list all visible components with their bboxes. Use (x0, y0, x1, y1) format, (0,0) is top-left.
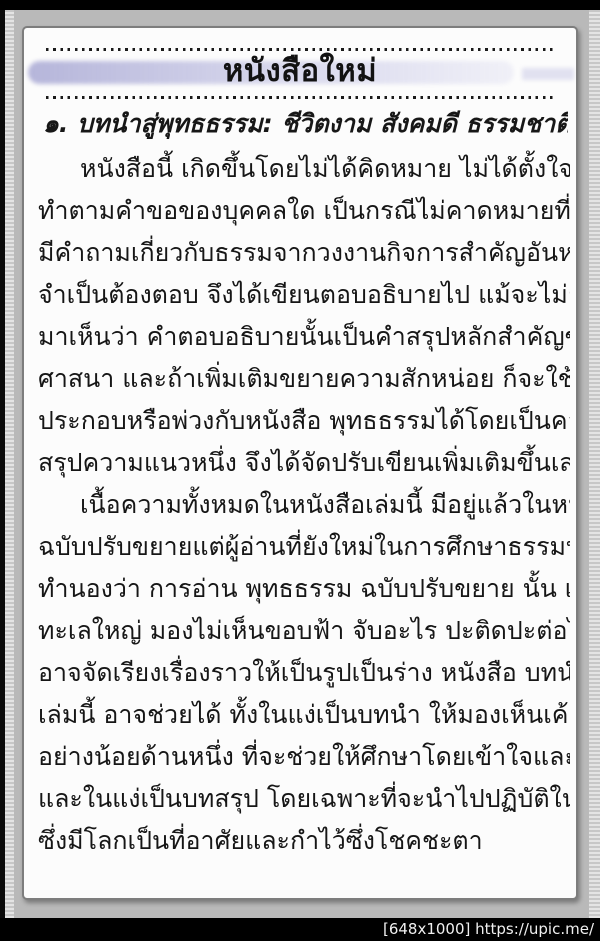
bottom-black-bar: [648x1000] https://upic.me/ (0, 918, 600, 941)
dotted-divider-bottom (46, 96, 556, 99)
left-edge-texture (5, 10, 14, 918)
scanned-page: หนังสือใหม่ ๑. บทนำสู่พุทธธรรม: ชีวิตงาม… (22, 26, 578, 900)
paragraph-2: เนื้อความทั้งหมดในหนังสือเล่มนี้ มีอยู่แ… (38, 484, 570, 862)
text-line: เล่มนี้ อาจช่วยได้ ทั้งในแง่เป็นบทนำ ให้… (38, 694, 570, 736)
text-line: ฉบับปรับขยายแต่ผู้อ่านที่ยังใหม่ในการศึก… (38, 526, 570, 568)
text-line: เนื้อความทั้งหมดในหนังสือเล่มนี้ มีอยู่แ… (38, 484, 570, 526)
text-line: ทำนองว่า การอ่าน พุทธธรรม ฉบับปรับขยาย น… (38, 568, 570, 610)
text-line: อย่างน้อยด้านหนึ่ง ที่จะช่วยให้ศึกษาโดยเ… (38, 736, 570, 778)
watermark-text: [648x1000] https://upic.me/ (383, 918, 600, 941)
text-line: อาจจัดเรียงเรื่องราวให้เป็นรูปเป็นร่าง ห… (38, 652, 570, 694)
right-edge-texture (589, 10, 600, 918)
text-line: ซึ่งมีโลกเป็นที่อาศัยและกำไว้ซึ่งโชคชะตา (38, 820, 570, 862)
section-header: หนังสือใหม่ (24, 54, 576, 88)
body-text: หนังสือนี้ เกิดขึ้นโดยไม่ได้คิดหมาย ไม่ไ… (38, 148, 570, 862)
text-line: และในแง่เป็นบทสรุป โดยเฉพาะที่จะนำไปปฏิบ… (38, 778, 570, 820)
paragraph-1: หนังสือนี้ เกิดขึ้นโดยไม่ได้คิดหมาย ไม่ไ… (38, 148, 570, 484)
top-black-bar (0, 0, 600, 10)
book-item-heading: ๑. บทนำสู่พุทธธรรม: ชีวิตงาม สังคมดี ธรร… (43, 104, 568, 144)
dotted-divider-top (46, 48, 556, 51)
scanned-document-screenshot: { "document": { "section_header": "หนังส… (0, 0, 600, 941)
text-line: หนังสือนี้ เกิดขึ้นโดยไม่ได้คิดหมาย ไม่ไ… (38, 148, 570, 190)
text-line: ศาสนา และถ้าเพิ่มเติมขยายความสักหน่อย ก็… (38, 358, 570, 400)
text-line: ทำตามคำขอของบุคคลใด เป็นกรณีไม่คาดหมายที… (38, 190, 570, 232)
text-line: ประกอบหรือพ่วงกับหนังสือ พุทธธรรมได้โดยเ… (38, 400, 570, 442)
text-line: สรุปความแนวหนึ่ง จึงได้จัดปรับเขียนเพิ่ม… (38, 442, 570, 484)
text-line: ทะเลใหญ่ มองไม่เห็นขอบฟ้า จับอะไร ปะติดป… (38, 610, 570, 652)
text-line: มีคำถามเกี่ยวกับธรรมจากวงงานกิจการสำคัญอ… (38, 232, 570, 274)
text-line: จำเป็นต้องตอบ จึงได้เขียนตอบอธิบายไป แม้… (38, 274, 570, 316)
text-line: มาเห็นว่า คำตอบอธิบายนั้นเป็นคำสรุปหลักส… (38, 316, 570, 358)
